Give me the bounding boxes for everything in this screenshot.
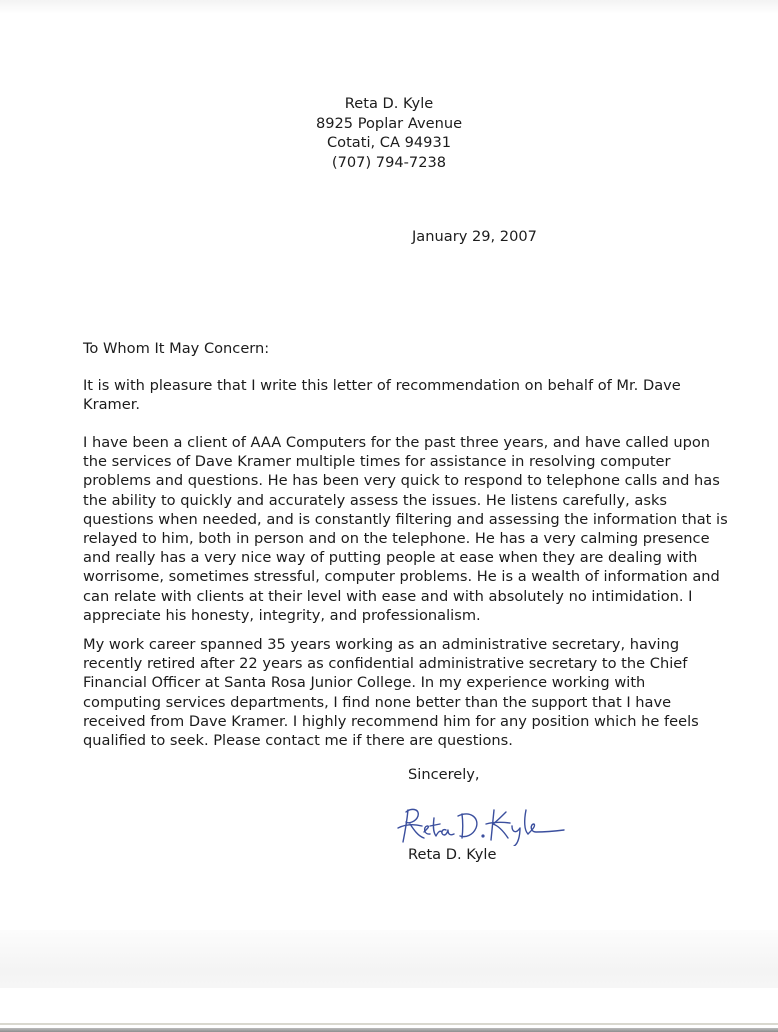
paragraph-line: questions when needed, and is constantly… [83,510,728,529]
paragraph-line: worrisome, sometimes stressful, computer… [83,567,728,586]
paragraph-line: computing services departments, I find n… [83,693,699,712]
paragraph-line: and really has a very nice way of puttin… [83,548,728,567]
scan-edge-shadow [0,1028,778,1032]
paragraph-line: problems and questions. He has been very… [83,471,728,490]
paragraph-line: the ability to quickly and accurately as… [83,491,728,510]
sender-address-block: Reta D. Kyle 8925 Poplar Avenue Cotati, … [280,94,498,172]
paragraph-background: My work career spanned 35 years working … [83,635,699,750]
letter-date: January 29, 2007 [412,228,537,245]
paragraph-line: appreciate his honesty, integrity, and p… [83,606,728,625]
sender-street: 8925 Poplar Avenue [280,114,498,134]
scan-shading-bottom [0,930,778,988]
sender-name: Reta D. Kyle [280,94,498,114]
closing: Sincerely, [408,766,480,783]
paragraph-line: relayed to him, both in person and on th… [83,529,728,548]
paragraph-line: It is with pleasure that I write this le… [83,376,681,395]
salutation: To Whom It May Concern: [83,340,269,357]
paragraph-line: the services of Dave Kramer multiple tim… [83,452,728,471]
handwritten-signature [396,802,566,846]
paragraph-line: I have been a client of AAA Computers fo… [83,433,728,452]
scan-shading-top [0,0,778,14]
letter-page: Reta D. Kyle 8925 Poplar Avenue Cotati, … [0,0,778,1032]
paragraph-line: Financial Officer at Santa Rosa Junior C… [83,673,699,692]
paragraph-line: Kramer. [83,395,681,414]
paragraph-intro: It is with pleasure that I write this le… [83,376,681,414]
paragraph-line: can relate with clients at their level w… [83,587,728,606]
sender-phone: (707) 794-7238 [280,153,498,173]
paragraph-line: My work career spanned 35 years working … [83,635,699,654]
paragraph-line: recently retired after 22 years as confi… [83,654,699,673]
paragraph-line: received from Dave Kramer. I highly reco… [83,712,699,731]
paragraph-line: qualified to seek. Please contact me if … [83,731,699,750]
signer-name: Reta D. Kyle [408,846,496,863]
scan-page-edge [0,1023,778,1025]
paragraph-experience: I have been a client of AAA Computers fo… [83,433,728,625]
sender-city-state-zip: Cotati, CA 94931 [280,133,498,153]
